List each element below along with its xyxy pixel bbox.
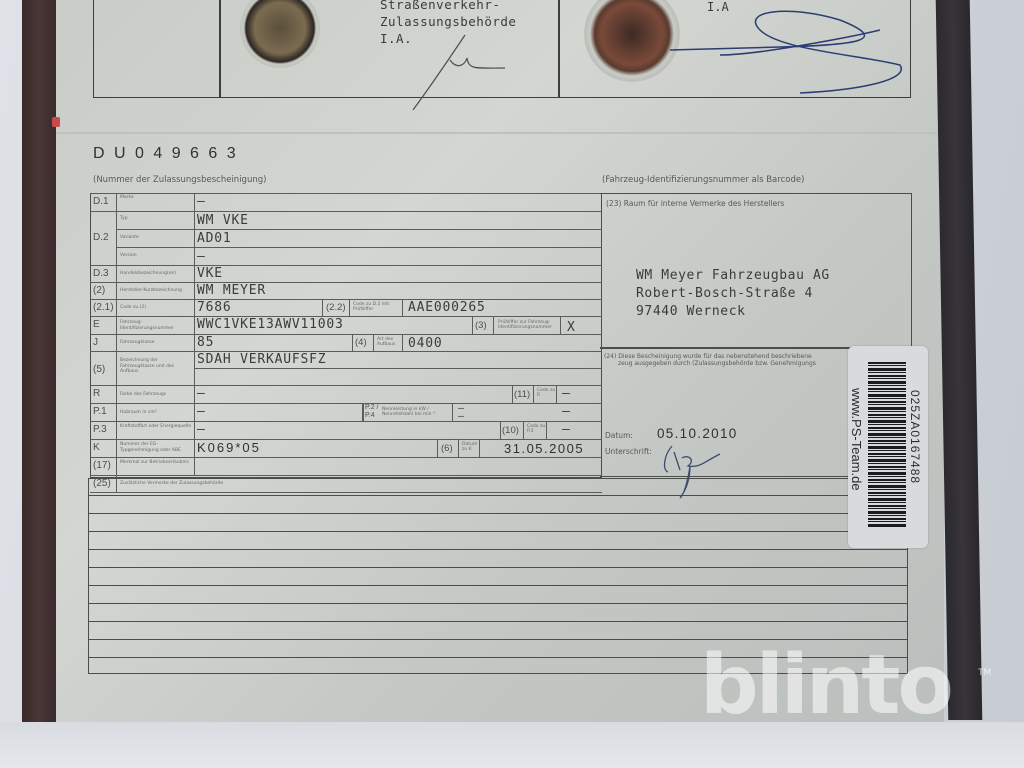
certificate-note: (24) Diese Bescheinigung wurde für das n… (604, 353, 816, 367)
barcode-icon (868, 362, 906, 528)
issue-date: 05.10.2010 (657, 426, 738, 441)
row-d2-type: Typ WM VKE (117, 211, 602, 229)
binder-strip-left (22, 0, 56, 722)
date-label: Datum: (605, 431, 633, 440)
sticker-website: www.PS-Team.de (849, 388, 864, 491)
vehicle-data-rows: D.1 Marke — D.2 Typ WM VKE Variante AD01… (90, 193, 602, 493)
signature-icon (660, 5, 910, 95)
row-manufacturer-code: (2.1) Code zu (2) 7686 (2.2) Code zu D.2… (90, 299, 602, 316)
row-fuel-type: P.3 Kraftstoffart oder Energiequelle — (… (90, 421, 602, 439)
row-color: R Farbe des Fahrzeugs — (11) Code zu R — (90, 385, 602, 403)
row-vin: E Fahrzeug-Identifizierungsnummer WWC1VK… (90, 316, 602, 334)
trademark-symbol: TM (978, 668, 991, 678)
certificate-number-caption: (Nummer der Zulassungsbescheinigung) (93, 175, 266, 185)
row-d1: D.1 Marke — (90, 193, 602, 211)
row-d2-version: Version — (117, 247, 602, 265)
blinto-watermark-logo: blinto (700, 645, 951, 727)
paper-fold (56, 132, 944, 134)
red-tab-marker (52, 117, 60, 127)
row-operating-permit: (17) Merkmal zur Betriebserlaubnis (90, 457, 602, 475)
signature-label: Unterschrift: (605, 447, 652, 456)
row-d2-variant: Variante AD01 (117, 229, 602, 247)
signature-icon (405, 30, 515, 115)
barcode-caption: (Fahrzeug-Identifizierungsnummer als Bar… (602, 175, 804, 185)
row-d3: D.3 Handelsbezeichnung(en) VKE (90, 265, 602, 282)
manufacturer-notes-caption: (23) Raum für interne Vermerke des Herst… (606, 199, 784, 208)
sticker-serial: 025ZA0167488 (908, 390, 922, 484)
manufacturer-address: WM Meyer Fahrzeugbau AG Robert-Bosch-Str… (636, 267, 830, 321)
row-type-approval: K Nummer der EG-Typgenehmigung oder ABE … (90, 439, 602, 457)
row-vehicle-class: J Fahrzeugklasse 85 (4) Art des Aufbaus … (90, 334, 602, 351)
row-manufacturer: (2) Hersteller-Kurzbezeichnung WM MEYER (90, 282, 602, 299)
row-displacement: P.1 Hubraum in cm³ — P.2 / P.4 Nennleist… (90, 403, 602, 421)
certificate-number: D U 0 4 9 6 6 3 (93, 145, 238, 163)
